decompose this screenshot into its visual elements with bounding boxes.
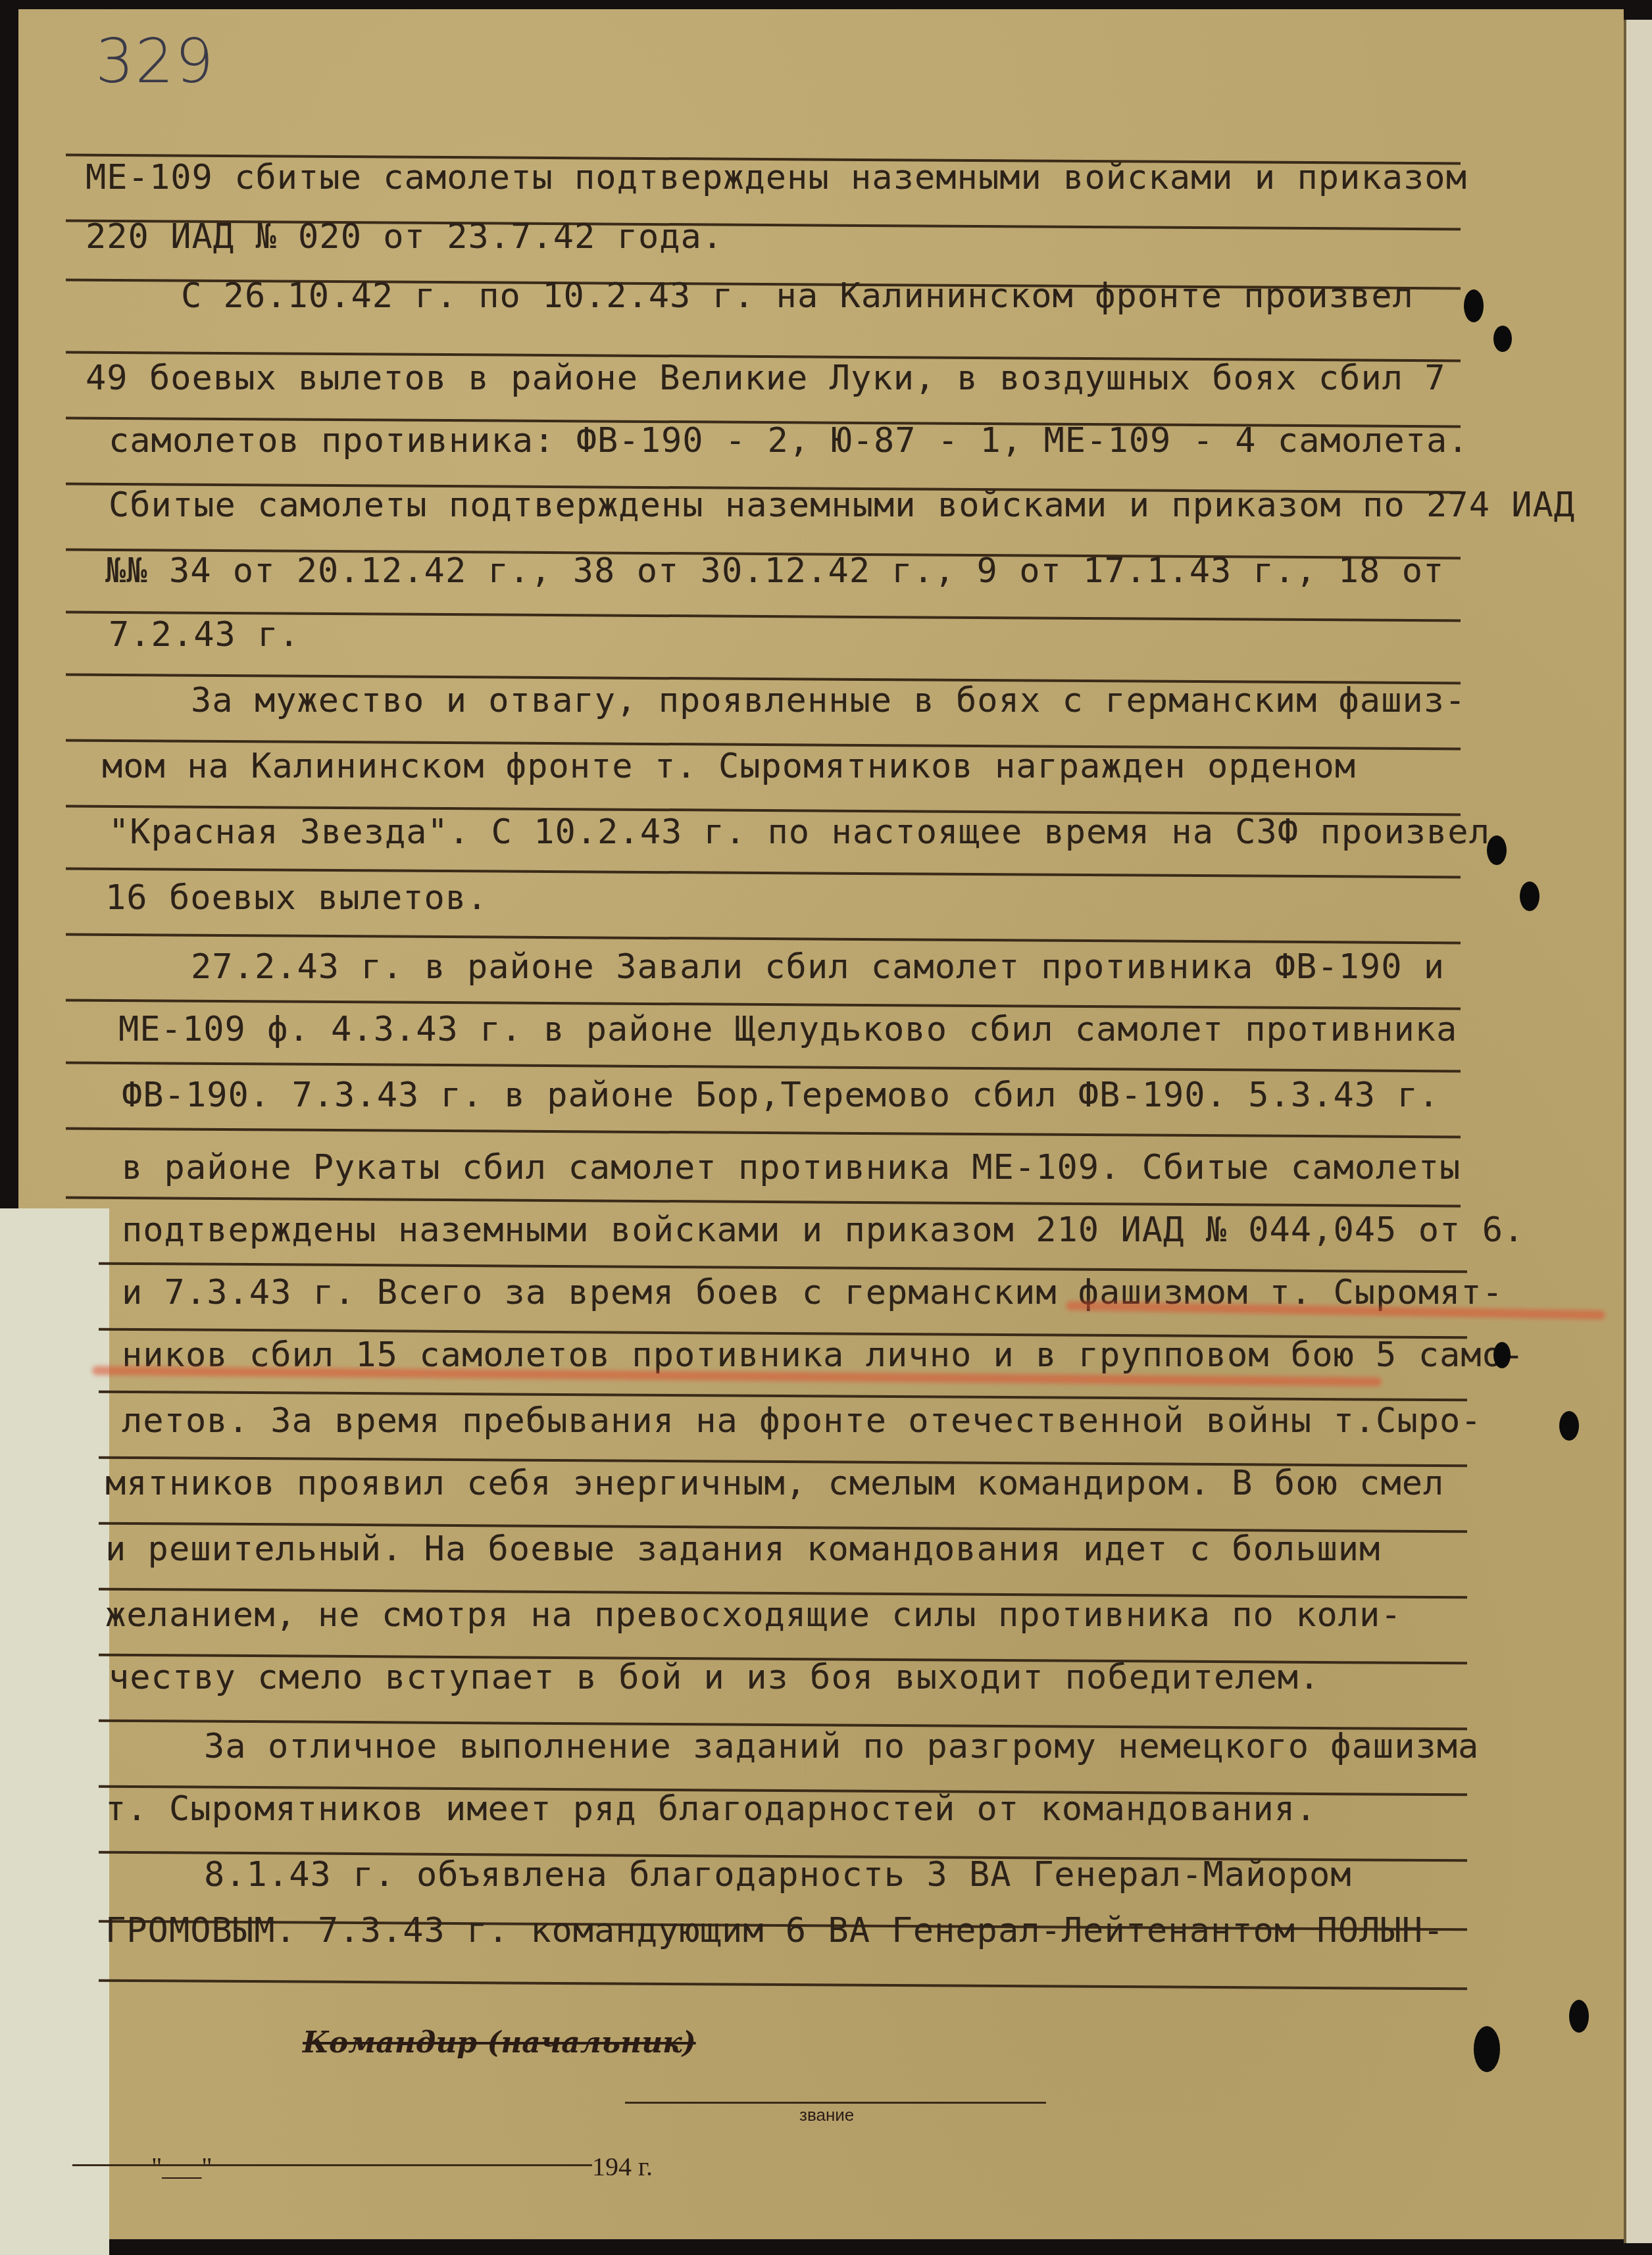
ink-blot	[1493, 326, 1512, 352]
typed-line: Сбитые самолеты подтверждены наземными в…	[109, 485, 1575, 525]
typed-line: честву смело вступает в бой и из боя вых…	[109, 1658, 1320, 1697]
typed-line: т. Сыромятников имеет ряд благодарностей…	[105, 1789, 1316, 1829]
typed-line: За мужество и отвагу, проявленные в боях…	[191, 681, 1466, 720]
typed-line: №№ 34 от 20.12.42 г., 38 от 30.12.42 г.,…	[105, 551, 1444, 591]
next-page-edge	[1624, 20, 1652, 2243]
typed-line: самолетов противника: ФВ-190 - 2, Ю-87 -…	[109, 421, 1469, 460]
paper-strip	[0, 1208, 109, 2255]
typed-line: 8.1.43 г. объявлена благодарность 3 ВА Г…	[204, 1855, 1352, 1895]
typed-line: летов. За время пребывания на фронте оте…	[122, 1401, 1482, 1441]
rank-label: звание	[799, 2105, 854, 2125]
typed-line: подтверждены наземными войсками и приказ…	[122, 1210, 1524, 1250]
date-prefix: "___"	[151, 2151, 213, 2182]
typed-line: 16 боевых вылетов.	[105, 878, 488, 918]
document-page	[18, 9, 1624, 2239]
ink-blot	[1464, 289, 1484, 322]
typed-line: МЕ-109 ф. 4.3.43 г. в районе Щелудьково …	[118, 1010, 1457, 1049]
page-number: 329	[95, 26, 215, 97]
typed-line: мом на Калининском фронте т. Сыромятнико…	[102, 747, 1356, 786]
typed-line: и решительный. На боевые задания командо…	[105, 1529, 1380, 1569]
ink-blot	[1474, 2026, 1500, 2072]
ink-blot	[1487, 835, 1507, 865]
typed-line: желанием, не смотря на превосходящие сил…	[105, 1595, 1402, 1635]
typed-line: мятников проявил себя энергичным, смелым…	[105, 1464, 1444, 1503]
signature-label: Командир (начальник)	[303, 2026, 696, 2060]
typed-line: ГРОМОВЫМ. 7.3.43 г. командующим 6 ВА Ген…	[105, 1911, 1444, 1950]
ink-blot	[1569, 2000, 1589, 2033]
ink-blot	[1520, 881, 1539, 911]
typed-line: За отличное выполнение заданий по разгро…	[204, 1727, 1479, 1766]
typed-line: 49 боевых вылетов в районе Великие Луки,…	[86, 359, 1446, 398]
typed-line: в районе Рукаты сбил самолет противника …	[122, 1148, 1461, 1187]
typed-line: "Красная Звезда". С 10.2.43 г. по настоя…	[109, 812, 1490, 852]
ink-blot	[1559, 1411, 1579, 1441]
typed-line: С 26.10.42 г. по 10.2.43 г. на Калининск…	[181, 276, 1414, 316]
typed-line: 7.2.43 г.	[109, 615, 300, 655]
ink-blot	[1493, 1342, 1511, 1368]
typed-line: 220 ИАД № 020 от 23.7.42 года.	[86, 217, 723, 257]
typed-line: ФВ-190. 7.3.43 г. в районе Бор,Теремово …	[122, 1076, 1439, 1115]
date-rule	[72, 2164, 592, 2166]
typed-line: МЕ-109 сбитые самолеты подтверждены назе…	[86, 158, 1467, 197]
rank-rule	[625, 2102, 1046, 2104]
date-year: 194 г.	[592, 2151, 653, 2182]
typed-line: 27.2.43 г. в районе Завали сбил самолет …	[191, 947, 1445, 987]
